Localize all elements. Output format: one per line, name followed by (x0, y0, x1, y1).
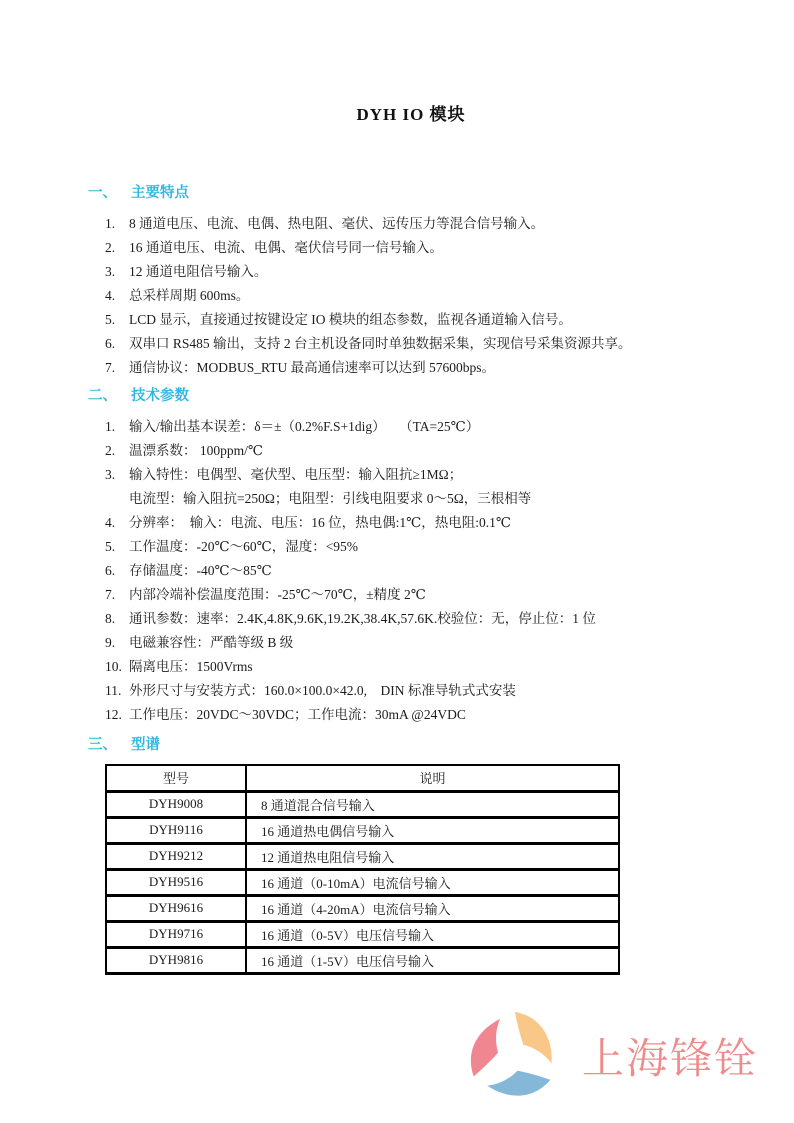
list-item: 7.通信协议：MODBUS_RTU 最高通信速率可以达到 57600bps。 (105, 356, 734, 380)
section-index: 三、 (88, 733, 117, 754)
model-cell: DYH9816 (106, 947, 246, 973)
logo-blade-pink (466, 1019, 519, 1077)
list-item: 1.输入/输出基本误差：δ＝±（0.2%F.S+1dig） （TA=25℃） (105, 415, 734, 439)
desc-cell: 8 通道混合信号输入 (246, 791, 619, 817)
column-header-model: 型号 (106, 765, 246, 791)
item-text: 通信协议：MODBUS_RTU 最高通信速率可以达到 57600bps。 (129, 356, 495, 380)
item-text: 分辨率： 输入：电流、电压：16 位，热电偶:1℃，热电阻:0.1℃ (129, 511, 511, 535)
model-cell: DYH9212 (106, 843, 246, 869)
table-row: DYH9816 16 通道（1-5V）电压信号输入 (106, 947, 619, 973)
section-features-heading: 一、 主要特点 (88, 181, 734, 202)
table-row: DYH9716 16 通道（0-5V）电压信号输入 (106, 921, 619, 947)
item-text: 总采样周期 600ms。 (129, 284, 249, 308)
section-title: 技术参数 (131, 384, 189, 405)
item-number: 10. (105, 655, 129, 679)
list-item: 5.工作温度：-20℃～60℃，湿度：<95% (105, 535, 734, 559)
item-text: LCD 显示，直接通过按键设定 IO 模块的组态参数，监视各通道输入信号。 (129, 308, 572, 332)
item-text: 工作电压：20VDC～30VDC；工作电流：30mA @24VDC (129, 703, 466, 727)
list-item: 2.16 通道电压、电流、电偶、毫伏信号同一信号输入。 (105, 236, 734, 260)
logo-blade-blue (487, 1054, 550, 1103)
list-item: 4.总采样周期 600ms。 (105, 284, 734, 308)
item-text: 通讯参数：速率：2.4K,4.8K,9.6K,19.2K,38.4K,57.6K… (129, 607, 596, 631)
item-number: 5. (105, 308, 129, 332)
table-row: DYH9212 12 通道热电阻信号输入 (106, 843, 619, 869)
item-text: 输入特性：电偶型、毫伏型、电压型：输入阻抗≥1MΩ； 电流型：输入阻抗=250Ω… (129, 463, 531, 511)
item-number: 2. (105, 236, 129, 260)
section-models: 三、 型谱 型号 说明 DYH9008 8 通道混合信号输入 DYH9116 1… (88, 733, 734, 975)
brand-name: 上海锋铨 (582, 1026, 758, 1086)
item-number: 2. (105, 439, 129, 463)
list-item: 5.LCD 显示，直接通过按键设定 IO 模块的组态参数，监视各通道输入信号。 (105, 308, 734, 332)
item-text: 8 通道电压、电流、电偶、热电阻、毫伏、远传压力等混合信号输入。 (129, 212, 544, 236)
item-text: 隔离电压：1500Vrms (129, 655, 253, 679)
item-text: 外形尺寸与安装方式：160.0×100.0×42.0, DIN 标准导轨式式安装 (129, 679, 516, 703)
list-item: 7.内部冷端补偿温度范围：-25℃～70℃，±精度 2℃ (105, 583, 734, 607)
section-index: 二、 (88, 384, 117, 405)
section-features: 一、 主要特点 1.8 通道电压、电流、电偶、热电阻、毫伏、远传压力等混合信号输… (88, 181, 734, 380)
model-cell: DYH9116 (106, 817, 246, 843)
list-item: 9.电磁兼容性：严酷等级 B 级 (105, 631, 734, 655)
item-number: 7. (105, 583, 129, 607)
model-cell: DYH9516 (106, 869, 246, 895)
list-item: 3.输入特性：电偶型、毫伏型、电压型：输入阻抗≥1MΩ； 电流型：输入阻抗=25… (105, 463, 734, 511)
item-text: 内部冷端补偿温度范围：-25℃～70℃，±精度 2℃ (129, 583, 426, 607)
list-item: 2.温漂系数： 100ppm/℃ (105, 439, 734, 463)
logo-blade-orange (515, 1012, 552, 1064)
item-text: 电磁兼容性：严酷等级 B 级 (129, 631, 293, 655)
item-text: 工作温度：-20℃～60℃，湿度：<95% (129, 535, 358, 559)
list-item: 4.分辨率： 输入：电流、电压：16 位，热电偶:1℃，热电阻:0.1℃ (105, 511, 734, 535)
features-list: 1.8 通道电压、电流、电偶、热电阻、毫伏、远传压力等混合信号输入。 2.16 … (105, 212, 734, 380)
desc-cell: 16 通道（4-20mA）电流信号输入 (246, 895, 619, 921)
params-list: 1.输入/输出基本误差：δ＝±（0.2%F.S+1dig） （TA=25℃） 2… (105, 415, 734, 727)
item-number: 6. (105, 332, 129, 356)
item-text: 12 通道电阻信号输入。 (129, 260, 267, 284)
page-title: DYH IO 模块 (88, 100, 734, 125)
table-header-row: 型号 说明 (106, 765, 619, 791)
desc-cell: 12 通道热电阻信号输入 (246, 843, 619, 869)
desc-cell: 16 通道（0-5V）电压信号输入 (246, 921, 619, 947)
section-index: 一、 (88, 181, 117, 202)
pinwheel-logo-icon (466, 1009, 560, 1103)
item-number: 5. (105, 535, 129, 559)
brand-footer: 上海锋铨 (466, 1009, 758, 1103)
list-item: 6.双串口 RS485 输出，支持 2 台主机设备同时单独数据采集，实现信号采集… (105, 332, 734, 356)
desc-cell: 16 通道（0-10mA）电流信号输入 (246, 869, 619, 895)
item-number: 3. (105, 463, 129, 487)
model-table: 型号 说明 DYH9008 8 通道混合信号输入 DYH9116 16 通道热电… (105, 764, 620, 975)
item-number: 3. (105, 260, 129, 284)
item-number: 9. (105, 631, 129, 655)
item-number: 7. (105, 356, 129, 380)
item-number: 8. (105, 607, 129, 631)
list-item: 11.外形尺寸与安装方式：160.0×100.0×42.0, DIN 标准导轨式… (105, 679, 734, 703)
desc-cell: 16 通道热电偶信号输入 (246, 817, 619, 843)
item-number: 1. (105, 415, 129, 439)
item-number: 1. (105, 212, 129, 236)
item-number: 4. (105, 511, 129, 535)
item-text: 16 通道电压、电流、电偶、毫伏信号同一信号输入。 (129, 236, 443, 260)
list-item: 10.隔离电压：1500Vrms (105, 655, 734, 679)
item-number: 6. (105, 559, 129, 583)
list-item: 1.8 通道电压、电流、电偶、热电阻、毫伏、远传压力等混合信号输入。 (105, 212, 734, 236)
list-item: 3.12 通道电阻信号输入。 (105, 260, 734, 284)
item-number: 4. (105, 284, 129, 308)
document-page: DYH IO 模块 一、 主要特点 1.8 通道电压、电流、电偶、热电阻、毫伏、… (0, 0, 794, 975)
section-title: 型谱 (131, 733, 160, 754)
model-cell: DYH9616 (106, 895, 246, 921)
item-number: 12. (105, 703, 129, 727)
list-item: 12.工作电压：20VDC～30VDC；工作电流：30mA @24VDC (105, 703, 734, 727)
column-header-desc: 说明 (246, 765, 619, 791)
desc-cell: 16 通道（1-5V）电压信号输入 (246, 947, 619, 973)
model-cell: DYH9716 (106, 921, 246, 947)
list-item: 6.存储温度：-40℃～85℃ (105, 559, 734, 583)
table-row: DYH9516 16 通道（0-10mA）电流信号输入 (106, 869, 619, 895)
item-number: 11. (105, 679, 129, 703)
table-row: DYH9008 8 通道混合信号输入 (106, 791, 619, 817)
table-row: DYH9116 16 通道热电偶信号输入 (106, 817, 619, 843)
item-text: 存储温度：-40℃～85℃ (129, 559, 272, 583)
list-item: 8.通讯参数：速率：2.4K,4.8K,9.6K,19.2K,38.4K,57.… (105, 607, 734, 631)
section-title: 主要特点 (131, 181, 189, 202)
item-text: 温漂系数： 100ppm/℃ (129, 439, 263, 463)
item-text: 双串口 RS485 输出，支持 2 台主机设备同时单独数据采集，实现信号采集资源… (129, 332, 632, 356)
section-models-heading: 三、 型谱 (88, 733, 734, 754)
model-cell: DYH9008 (106, 791, 246, 817)
section-params: 二、 技术参数 1.输入/输出基本误差：δ＝±（0.2%F.S+1dig） （T… (88, 384, 734, 727)
item-text: 输入/输出基本误差：δ＝±（0.2%F.S+1dig） （TA=25℃） (129, 415, 479, 439)
section-params-heading: 二、 技术参数 (88, 384, 734, 405)
table-row: DYH9616 16 通道（4-20mA）电流信号输入 (106, 895, 619, 921)
